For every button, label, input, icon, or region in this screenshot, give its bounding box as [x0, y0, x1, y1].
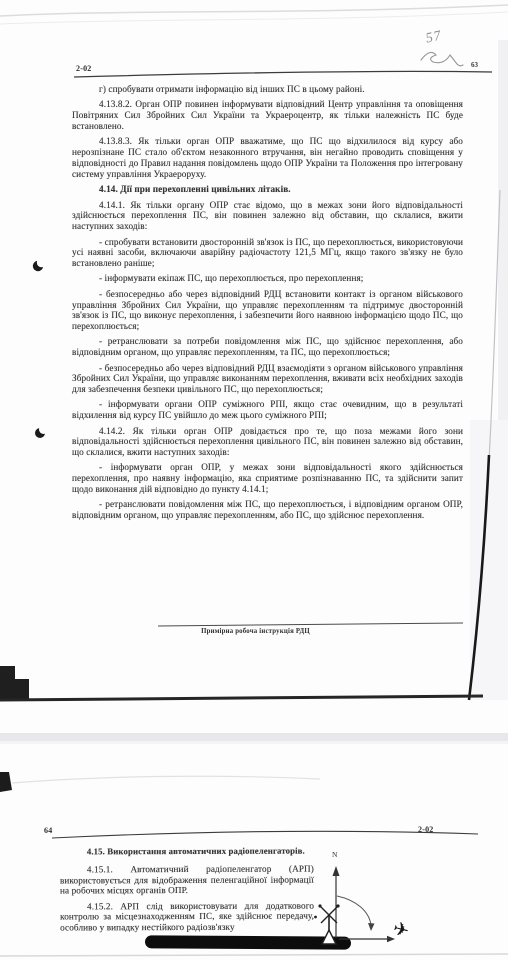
diagram-bearing-arc	[337, 896, 375, 931]
diagram-north-arrow	[333, 866, 340, 938]
north-label: N	[332, 850, 337, 859]
diagram-baseline-arrow	[339, 936, 395, 942]
bearing-diagram	[0, 0, 508, 960]
scanned-document: 2-02 63 57 г) спробувати отримати інформ…	[0, 0, 508, 960]
